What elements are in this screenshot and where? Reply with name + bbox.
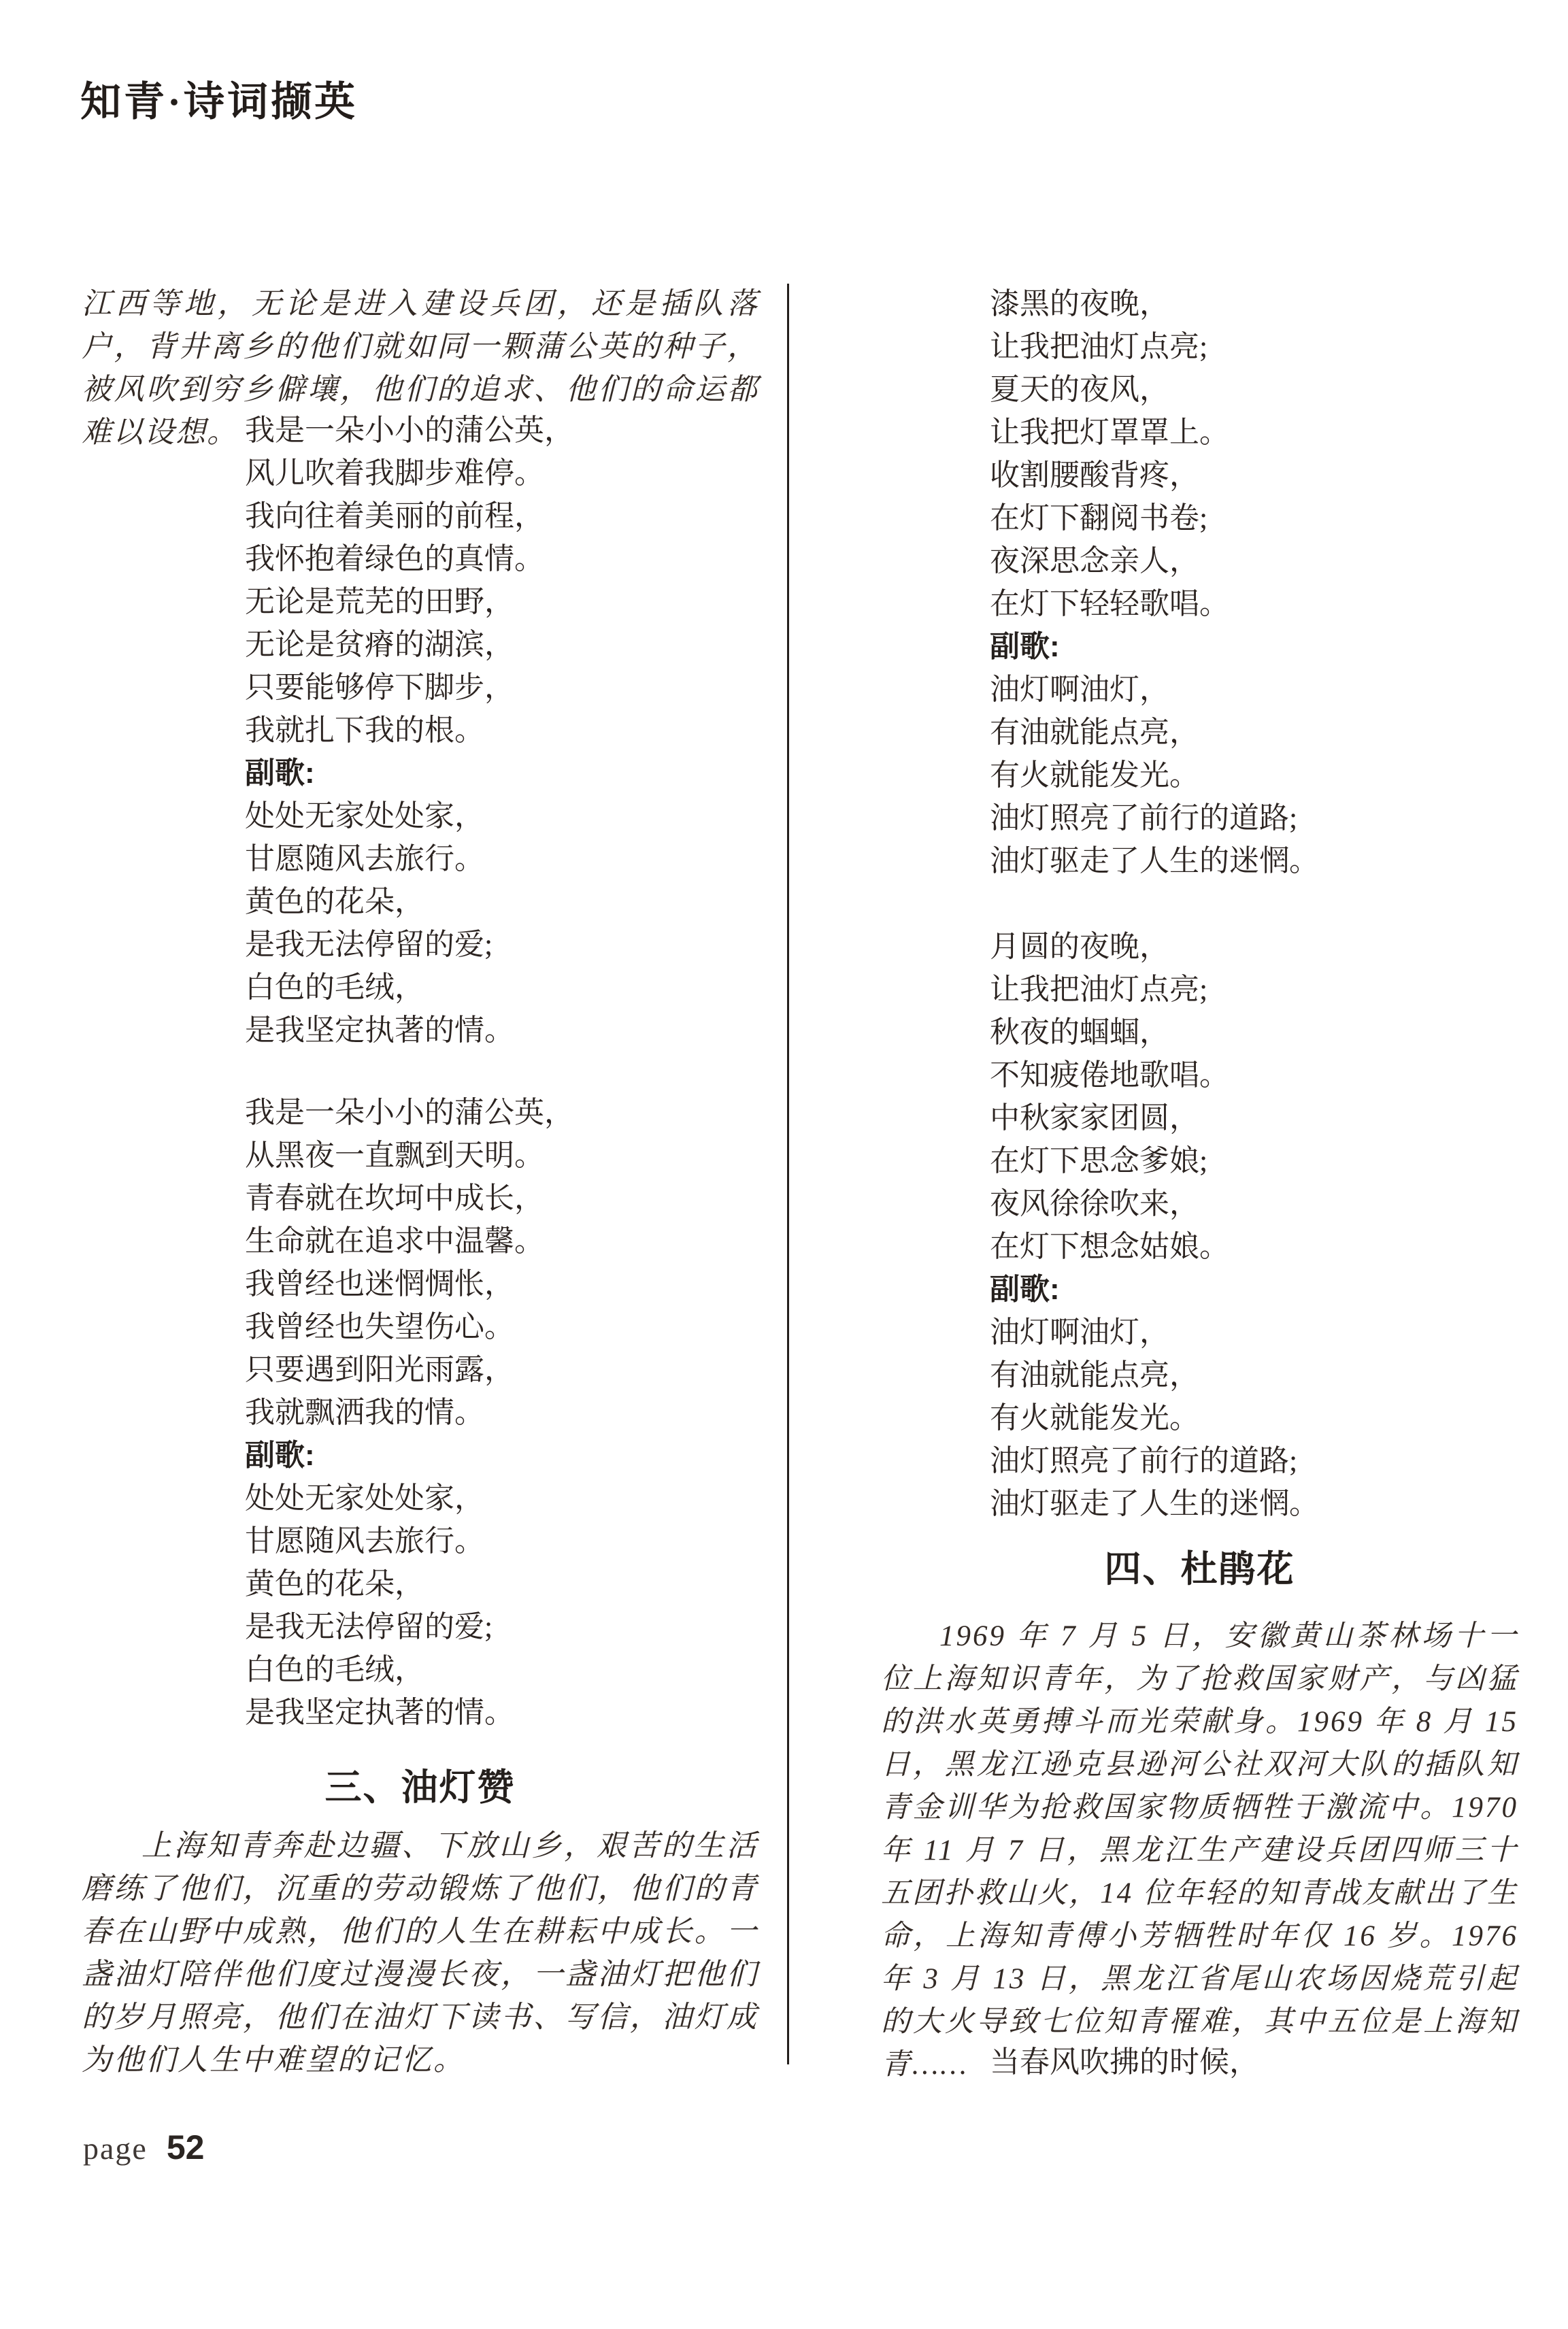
poem-line: 黄色的花朵， <box>245 1562 758 1605</box>
poem-line: 当春风吹拂的时候， <box>990 2041 1518 2083</box>
poem-line: 油灯啊油灯， <box>990 668 1518 711</box>
poem-line: 我就扎下我的根。 <box>245 709 758 752</box>
poem-line: 我向往着美丽的前程， <box>245 495 758 537</box>
chorus-label: 副歌: <box>245 1434 758 1477</box>
poem-line: 漆黑的夜晚， <box>990 282 1518 325</box>
poem-line: 在灯下翻阅书卷; <box>990 497 1518 539</box>
poem-line: 处处无家处处家， <box>245 794 758 837</box>
poem-line: 生命就在追求中温馨。 <box>245 1220 758 1262</box>
section-title-oil-lamp-ode: 三、油灯赞 <box>82 1767 758 1808</box>
poem-line: 我曾经也迷惘惆怅， <box>245 1262 758 1305</box>
column-divider <box>787 284 789 2064</box>
poem-line: 风儿吹着我脚步难停。 <box>245 452 758 495</box>
poem-line: 油灯驱走了人生的迷惘。 <box>990 1482 1518 1525</box>
poem-line: 我曾经也失望伤心。 <box>245 1305 758 1348</box>
poem-line: 夜深思念亲人， <box>990 539 1518 582</box>
poem-line: 夏天的夜风， <box>990 368 1518 411</box>
poem-line: 油灯照亮了前行的道路; <box>990 797 1518 839</box>
magazine-page: 知青·诗词撷英 江西等地，无论是进入建设兵团，还是插队落户，背井离乡的他们就如同… <box>0 0 1568 2329</box>
poem-line: 是我无法停留的爱; <box>245 923 758 966</box>
poem-line: 只要遇到阳光雨露， <box>245 1348 758 1391</box>
poem-line: 油灯照亮了前行的道路; <box>990 1439 1518 1482</box>
poem-line: 从黑夜一直飘到天明。 <box>245 1134 758 1177</box>
poem-line: 我就飘洒我的情。 <box>245 1391 758 1434</box>
poem-azalea-first-line: 当春风吹拂的时候， <box>881 2041 1518 2083</box>
poem-line: 白色的毛绒， <box>245 1648 758 1691</box>
poem-line: 在灯下思念爹娘; <box>990 1139 1518 1182</box>
section-paragraph-oil-lamp: 上海知青奔赴边疆、下放山乡，艰苦的生活磨练了他们，沉重的劳动锻炼了他们，他们的青… <box>82 1824 758 2081</box>
poem-line: 我是一朵小小的蒲公英， <box>245 409 758 452</box>
poem-line: 有油就能点亮， <box>990 1354 1518 1396</box>
poem-line: 我怀抱着绿色的真情。 <box>245 537 758 580</box>
poem-line: 油灯驱走了人生的迷惘。 <box>990 839 1518 882</box>
poem-line: 是我坚定执著的情。 <box>245 1691 758 1734</box>
chorus-label: 副歌: <box>990 625 1518 668</box>
poem-line: 秋夜的蝈蝈， <box>990 1011 1518 1054</box>
poem-line: 无论是荒芜的田野， <box>245 580 758 623</box>
poem-line: 无论是贫瘠的湖滨， <box>245 623 758 666</box>
poem-line: 在灯下轻轻歌唱。 <box>990 582 1518 625</box>
poem-oil-lamp-part1: 漆黑的夜晚， 让我把油灯点亮; 夏天的夜风， 让我把灯罩罩上。 收割腰酸背疼， … <box>881 282 1518 882</box>
poem-dandelion-part2: 我是一朵小小的蒲公英， 从黑夜一直飘到天明。 青春就在坎坷中成长， 生命就在追求… <box>82 1091 758 1734</box>
poem-line: 甘愿随风去旅行。 <box>245 1520 758 1562</box>
page-title: 知青·诗词撷英 <box>80 69 358 128</box>
poem-line: 我是一朵小小的蒲公英， <box>245 1091 758 1134</box>
poem-line: 让我把油灯点亮; <box>990 325 1518 368</box>
poem-line: 只要能够停下脚步， <box>245 666 758 709</box>
poem-line: 有火就能发光。 <box>990 1396 1518 1439</box>
chorus-label: 副歌: <box>245 752 758 794</box>
poem-line: 处处无家处处家， <box>245 1477 758 1520</box>
poem-oil-lamp-part2: 月圆的夜晚， 让我把油灯点亮; 秋夜的蝈蝈， 不知疲倦地歌唱。 中秋家家团圆， … <box>881 925 1518 1525</box>
section-title-azalea: 四、杜鹃花 <box>881 1549 1518 1590</box>
chorus-label: 副歌: <box>990 1268 1518 1311</box>
section-paragraph-azalea: 1969 年 7 月 5 日，安徽黄山茶林场十一位上海知识青年，为了抢救国家财产… <box>881 1615 1518 2086</box>
poem-line: 收割腰酸背疼， <box>990 454 1518 497</box>
poem-line: 有油就能点亮， <box>990 711 1518 754</box>
poem-line: 夜风徐徐吹来， <box>990 1182 1518 1225</box>
poem-line: 青春就在坎坷中成长， <box>245 1177 758 1220</box>
poem-line: 是我坚定执著的情。 <box>245 1009 758 1052</box>
poem-line: 白色的毛绒， <box>245 966 758 1009</box>
page-footer: page 52 <box>83 2128 204 2167</box>
poem-line: 让我把灯罩罩上。 <box>990 411 1518 454</box>
poem-line: 油灯啊油灯， <box>990 1311 1518 1354</box>
poem-line: 月圆的夜晚， <box>990 925 1518 968</box>
poem-line: 中秋家家团圆， <box>990 1096 1518 1139</box>
poem-line: 黄色的花朵， <box>245 880 758 923</box>
poem-line: 让我把油灯点亮; <box>990 968 1518 1011</box>
poem-line: 是我无法停留的爱; <box>245 1605 758 1648</box>
poem-line: 在灯下想念姑娘。 <box>990 1225 1518 1268</box>
poem-dandelion-part1: 我是一朵小小的蒲公英， 风儿吹着我脚步难停。 我向往着美丽的前程， 我怀抱着绿色… <box>82 409 758 1052</box>
footer-page-number: 52 <box>167 2128 205 2167</box>
poem-line: 甘愿随风去旅行。 <box>245 837 758 880</box>
poem-line: 不知疲倦地歌唱。 <box>990 1054 1518 1096</box>
poem-line: 有火就能发光。 <box>990 754 1518 797</box>
footer-page-label: page <box>83 2130 148 2166</box>
